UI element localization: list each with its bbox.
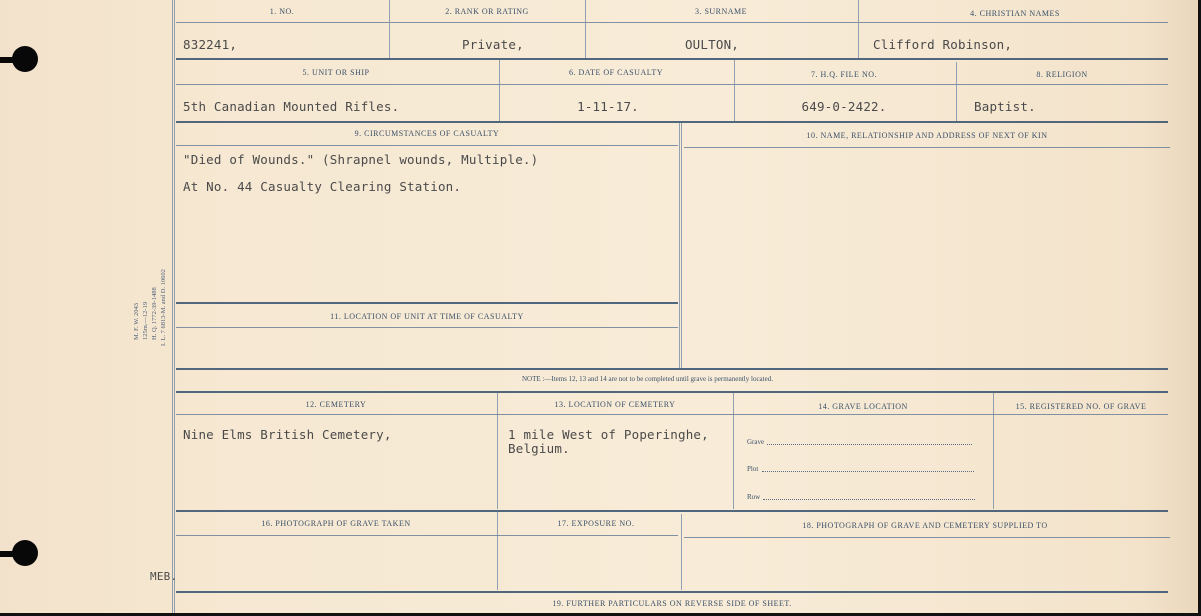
field-label-hq-file: 7. H.Q. FILE NO.: [811, 70, 877, 79]
clerk-initials: MEB.: [150, 570, 177, 583]
rule: [176, 22, 1168, 23]
location-of-cemetery-line-2: Belgium.: [508, 441, 570, 456]
rule: [176, 535, 678, 536]
circumstances-line-1: "Died of Wounds." (Shrapnel wounds, Mult…: [183, 152, 538, 167]
margin-print-line: H. Q. 1772-39-1488: [150, 287, 159, 340]
field-label-exposure-no: 17. EXPOSURE NO.: [558, 519, 635, 528]
row-label: Row: [747, 493, 760, 501]
divider: [497, 512, 498, 590]
rule: [176, 58, 1168, 60]
field-label-surname: 3. SURNAME: [695, 7, 747, 16]
rule: [176, 327, 678, 328]
field-label-religion: 8. RELIGION: [1036, 70, 1087, 79]
divider: [679, 123, 682, 368]
grave-dotted-line: [767, 444, 972, 445]
punch-hole-bottom: [12, 540, 38, 566]
divider: [734, 60, 735, 121]
field-label-circumstances: 9. CIRCUMSTANCES OF CASUALTY: [355, 129, 500, 138]
field-label-rank: 2. RANK OR RATING: [445, 7, 529, 16]
field-label-no: 1. NO.: [270, 7, 295, 16]
punch-hole-top: [12, 46, 38, 72]
margin-print-line: I. L. 7 6813-M. and D. 10602: [159, 269, 168, 346]
rule: [684, 537, 1170, 538]
christian-names-value: Clifford Robinson,: [873, 37, 1012, 52]
rule: [684, 147, 1170, 148]
rule: [176, 84, 1168, 85]
further-particulars-label: 19. FURTHER PARTICULARS ON REVERSE SIDE …: [552, 599, 791, 608]
rule: [176, 302, 678, 304]
circumstances-line-2: At No. 44 Casualty Clearing Station.: [183, 179, 461, 194]
field-label-grave-location: 14. GRAVE LOCATION: [818, 402, 908, 411]
card-left-border: [172, 0, 175, 616]
row-dotted-line: [763, 499, 975, 500]
divider: [499, 60, 500, 121]
divider: [497, 393, 498, 509]
surname-value: OULTON,: [685, 37, 739, 52]
unit-value: 5th Canadian Mounted Rifles.: [183, 99, 399, 114]
rule: [176, 121, 1168, 123]
divider: [733, 393, 734, 509]
divider: [585, 0, 586, 58]
field-label-unit: 5. UNIT OR SHIP: [303, 68, 370, 77]
divider: [681, 514, 682, 590]
note-text: NOTE :—Items 12, 13 and 14 are not to be…: [522, 375, 773, 383]
date-of-casualty-value: 1-11-17.: [577, 99, 639, 114]
rule: [176, 145, 678, 146]
divider: [993, 393, 994, 509]
field-label-next-of-kin: 10. NAME, RELATIONSHIP AND ADDRESS OF NE…: [807, 131, 1048, 140]
plot-label: Plot: [747, 465, 758, 473]
field-label-photo-taken: 16. PHOTOGRAPH OF GRAVE TAKEN: [261, 519, 410, 528]
divider: [389, 0, 390, 58]
location-of-cemetery-line-1: 1 mile West of Poperinghe,: [508, 427, 709, 442]
hq-file-value: 649-0-2422.: [802, 99, 887, 114]
margin-print-line: 125m.—12-19: [141, 302, 150, 340]
rule: [176, 591, 1168, 593]
rank-value: Private,: [462, 37, 524, 52]
grave-label: Grave: [747, 438, 764, 446]
rule: [176, 510, 1168, 512]
field-label-date: 6. DATE OF CASUALTY: [569, 68, 663, 77]
service-number: 832241,: [183, 37, 237, 52]
field-label-photo-supplied-to: 18. PHOTOGRAPH OF GRAVE AND CEMETERY SUP…: [802, 521, 1047, 530]
margin-print-line: M. F. W. 2043: [132, 303, 141, 340]
field-label-registered-no: 15. REGISTERED NO. OF GRAVE: [1016, 402, 1147, 411]
religion-value: Baptist.: [974, 99, 1036, 114]
divider: [956, 62, 957, 121]
cemetery-value: Nine Elms British Cemetery,: [183, 427, 392, 442]
rule: [176, 368, 1168, 370]
field-label-cemetery: 12. CEMETERY: [306, 400, 367, 409]
rule: [176, 391, 1168, 393]
field-label-location-of-cemetery: 13. LOCATION OF CEMETERY: [555, 400, 676, 409]
divider: [858, 0, 859, 58]
plot-dotted-line: [762, 471, 974, 472]
field-label-location-of-unit: 11. LOCATION OF UNIT AT TIME OF CASUALTY: [330, 312, 524, 321]
rule: [176, 414, 1168, 415]
field-label-christian-names: 4. CHRISTIAN NAMES: [970, 9, 1060, 18]
